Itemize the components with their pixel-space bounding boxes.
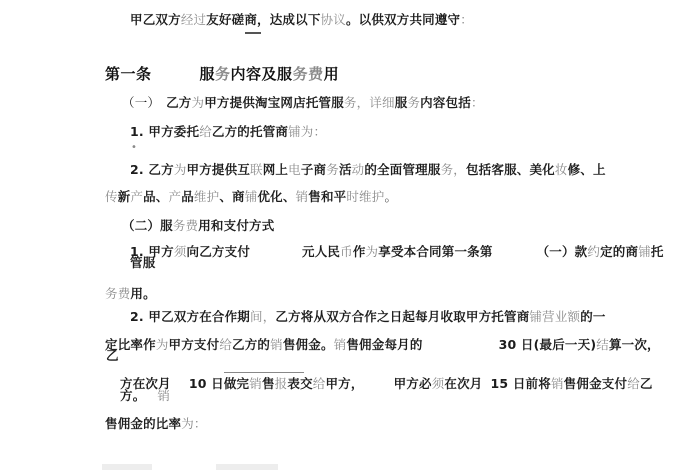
item-text: 。 [384, 189, 397, 204]
payment-text: 作 [353, 244, 366, 259]
payment-text: 向乙方支付 [187, 244, 251, 259]
payment-text: 售佣金。 [283, 337, 334, 352]
section-text: 内容包括 [420, 95, 471, 110]
payment-text: 算一次， [609, 337, 660, 352]
item-text: 2. 乙方 [130, 162, 174, 177]
payment-text: 甲方必 [394, 376, 432, 391]
section-text: 甲方提供淘宝网店托管服 [204, 95, 344, 110]
item-text: 销 [296, 189, 309, 204]
item-text: 为 [174, 162, 187, 177]
section-text: 务，详细 [344, 95, 395, 110]
payment-text: 30 日(最后一天) [499, 337, 597, 352]
section-text: 乙方 [166, 95, 191, 110]
payment-text: 为： [181, 416, 206, 431]
payment-one-overflow: 管服 [130, 255, 155, 271]
item-text: 铺 [245, 189, 258, 204]
payment-text: 售佣金的比率 [105, 416, 181, 431]
payment-text: 销 [157, 388, 170, 403]
section-one: （一）乙方为甲方提供淘宝网店托管服务，详细服务内容包括： [122, 95, 484, 111]
intro-paragraph: 甲乙双方经过友好磋商，达成以下协议。以供双方共同遵守： [130, 12, 473, 28]
payment-text: 给 [627, 376, 640, 391]
scan-artifact-mark [224, 372, 304, 373]
scan-artifact-mark [245, 32, 261, 34]
payment-text: 报 [275, 376, 288, 391]
payment-two-line-2-overflow: 乙 [106, 348, 119, 364]
section-label: （一） [122, 95, 160, 110]
payment-text: 甲方， [325, 376, 363, 391]
payment-text: 给 [313, 376, 326, 391]
item-text: 新 [118, 189, 131, 204]
payment-text: 乙方的 [232, 337, 270, 352]
article-title: 费 [308, 65, 324, 83]
item-text: 联 [250, 162, 263, 177]
section-label: 用和支付方式 [198, 218, 274, 233]
item-text: 甲方提供互 [187, 162, 251, 177]
payment-text: 售 [262, 376, 275, 391]
payment-text: 在次月 [444, 376, 482, 391]
section-label: 务费 [173, 218, 198, 233]
article-title: 服 [200, 65, 216, 83]
payment-text: 铺 [638, 244, 651, 259]
item-text: 务， [441, 162, 466, 177]
item-text: 的全面管理服 [364, 162, 440, 177]
intro-text: ： [460, 12, 473, 27]
item-text: 铺为 [288, 124, 313, 139]
payment-text: 享受本合同第一条第 [378, 244, 492, 259]
item-text: 妆 [555, 162, 568, 177]
item-text: 时维护 [346, 189, 384, 204]
payment-text: 为 [366, 244, 379, 259]
intro-text: 甲乙双方 [130, 12, 181, 27]
cut-off-text-fragment [216, 464, 278, 470]
payment-text: 间， [250, 309, 275, 324]
payment-one: 1. 甲方须向乙方支付元人民币作为享受本合同第一条第（一）款约定的商铺托 [130, 244, 664, 260]
item-text: 优化、 [257, 189, 295, 204]
payment-text: 10 日做完 [189, 376, 249, 391]
payment-text: 定的商 [600, 244, 638, 259]
item-text: 维护 [194, 189, 219, 204]
payment-text: 销 [334, 337, 347, 352]
item-two-line-2: 传新产品、产品维护、商铺优化、销售和平时维护。 [105, 189, 397, 205]
section-text: 服 [395, 95, 408, 110]
bullet-placeholder: • [131, 140, 137, 156]
item-text: 售和平 [308, 189, 346, 204]
item-text: 品 [181, 189, 194, 204]
article-title: 务 [293, 65, 309, 83]
article-title: 务 [215, 65, 231, 83]
payment-text: 表交 [287, 376, 312, 391]
section-text: ： [471, 95, 484, 110]
payment-text: 乙方将从双方合作之日起每月收取甲方托管商 [275, 309, 529, 324]
payment-text: 方。 [120, 388, 145, 403]
payment-text: 给 [219, 337, 232, 352]
item-text: 修、上 [568, 162, 606, 177]
payment-text: 结 [596, 337, 609, 352]
item-text: 乙方的托管商 [212, 124, 288, 139]
payment-text: 甲方支付 [169, 337, 220, 352]
article-title: 用 [324, 65, 340, 83]
intro-text: 经过 [181, 12, 206, 27]
document-page: 甲乙双方经过友好磋商，达成以下协议。以供双方共同遵守： 第一条服务内容及服务费用… [0, 0, 700, 470]
intro-text: ，达成以下 [257, 12, 321, 27]
item-text: ： [314, 124, 327, 139]
payment-text: 乙 [640, 376, 653, 391]
payment-two-line-3: 方在次月10 日做完销售报表交给甲方，甲方必须在次月15 日前将销售佣金支付给乙 [120, 376, 653, 392]
item-text: 网上 [263, 162, 288, 177]
payment-text: 托 [651, 244, 664, 259]
item-text: 子商 [301, 162, 326, 177]
intro-text: 协议 [321, 12, 346, 27]
payment-text: 须 [174, 244, 187, 259]
payment-two-line-3-overflow: 方。销 [120, 388, 170, 404]
payment-text: 元人民 [302, 244, 340, 259]
section-text: 为 [192, 95, 205, 110]
payment-text: 为 [156, 337, 169, 352]
item-text: 动 [352, 162, 365, 177]
article-heading: 第一条服务内容及服务费用 [105, 66, 339, 82]
item-text: 产 [169, 189, 182, 204]
payment-text: 销 [551, 376, 564, 391]
payment-two-line-4: 售佣金的比率为： [105, 416, 207, 432]
intro-text: 友好磋商 [206, 12, 257, 27]
payment-text: 务费 [105, 286, 130, 301]
payment-text: 售佣金每月的 [346, 337, 422, 352]
payment-text: 2. 甲乙双方在合作期 [130, 309, 250, 324]
section-two: （二）服务费用和支付方式 [122, 218, 274, 234]
section-label: （二）服 [122, 218, 173, 233]
item-text: 包括客服、美化 [466, 162, 555, 177]
payment-text: （一）款 [537, 244, 588, 259]
payment-two-line-2: 定比率作为甲方支付给乙方的销售佣金。销售佣金每月的30 日(最后一天)结算一次， [105, 337, 660, 353]
payment-text: 铺营业额 [529, 309, 580, 324]
payment-text: 的一 [580, 309, 605, 324]
item-text: 传 [105, 189, 118, 204]
payment-text: 用。 [130, 286, 155, 301]
item-text: 活 [339, 162, 352, 177]
item-text: 1. 甲方委托 [130, 124, 199, 139]
article-number: 第一条 [105, 65, 152, 83]
intro-text: 。以供双方共同遵守 [346, 12, 460, 27]
payment-text: 销 [270, 337, 283, 352]
payment-text: 须 [432, 376, 445, 391]
item-two-line-1: 2. 乙方为甲方提供互联网上电子商务活动的全面管理服务，包括客服、美化妆修、上 [130, 162, 606, 178]
item-one: 1. 甲方委托给乙方的托管商铺为： [130, 124, 326, 140]
payment-one-continued: 务费用。 [105, 286, 156, 302]
section-text: 务 [407, 95, 420, 110]
payment-text: 约 [587, 244, 600, 259]
payment-text: 销 [249, 376, 262, 391]
item-text: 电 [288, 162, 301, 177]
item-text: 产 [130, 189, 143, 204]
cut-off-text-fragment [102, 464, 152, 470]
item-text: 给 [199, 124, 212, 139]
payment-text: 15 日前将 [491, 376, 551, 391]
payment-text: 售佣金支付 [564, 376, 628, 391]
item-text: 务 [326, 162, 339, 177]
item-text: 品、 [143, 189, 168, 204]
article-title: 内容及服 [231, 65, 293, 83]
item-text: 、商 [219, 189, 244, 204]
payment-two-line-1: 2. 甲乙双方在合作期间，乙方将从双方合作之日起每月收取甲方托管商铺营业额的一 [130, 309, 606, 325]
payment-text: 币 [340, 244, 353, 259]
